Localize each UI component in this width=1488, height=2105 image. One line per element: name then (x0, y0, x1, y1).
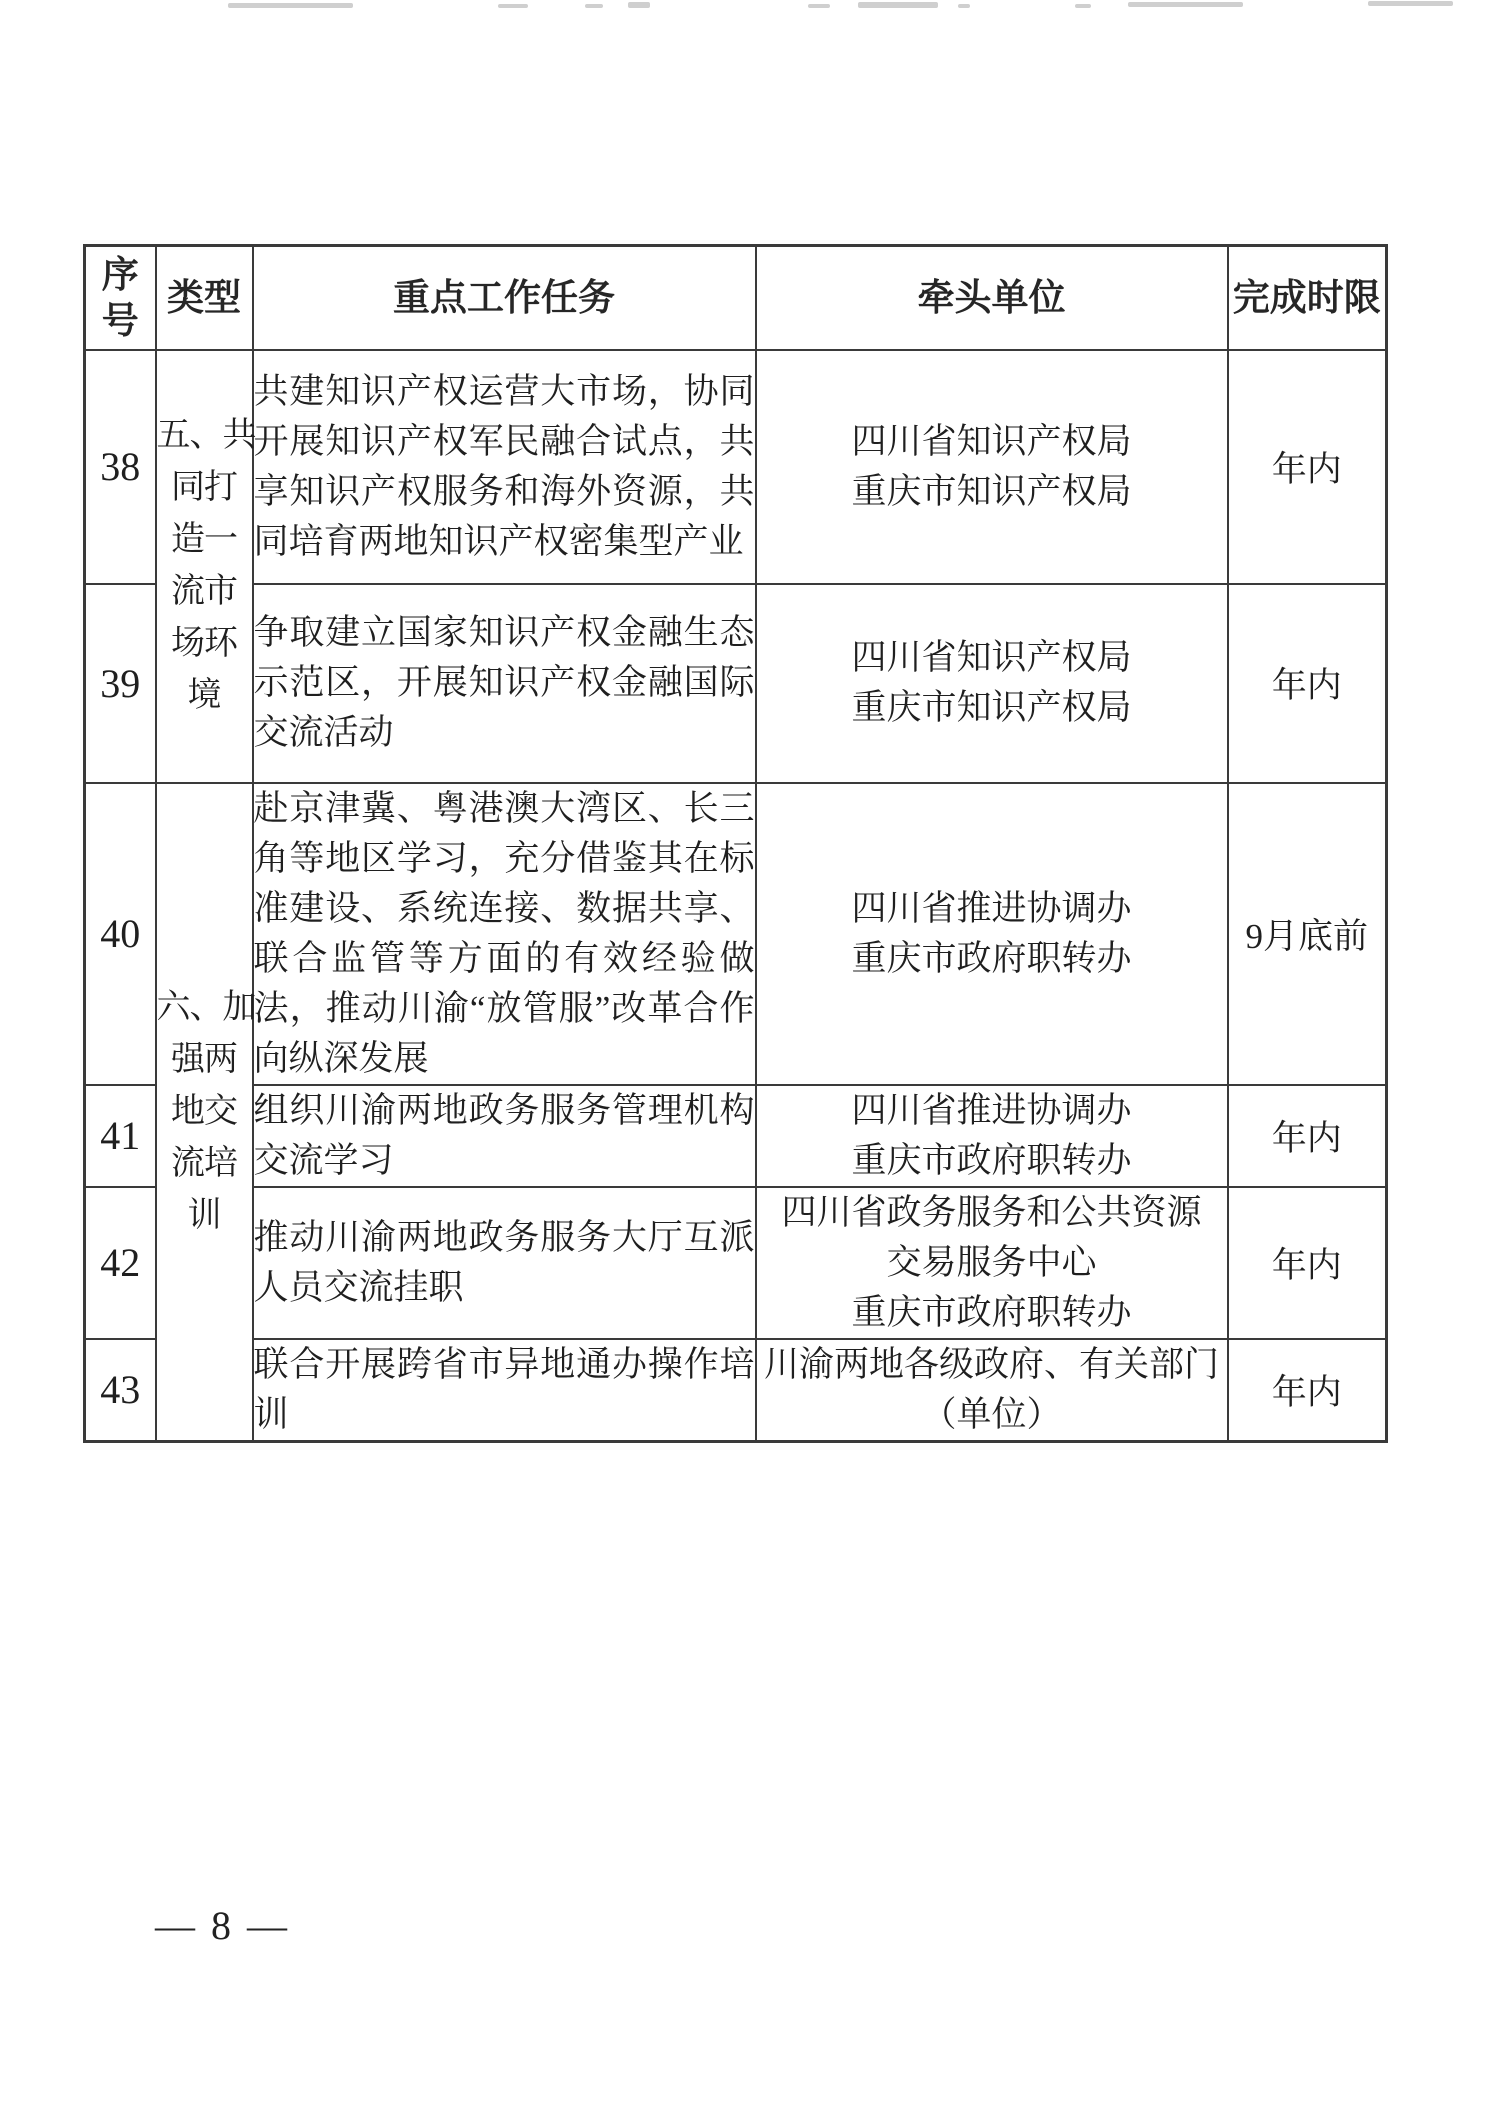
row-41-no: 41 (85, 1085, 156, 1187)
header-lead: 牵头单位 (756, 246, 1228, 350)
row-38-task: 共建知识产权运营大市场，协同开展知识产权军民融合试点，共享知识产权服务和海外资源… (253, 350, 756, 584)
page-number: — 8 — (155, 1902, 290, 1949)
table-row: 40 六、加 强两 地交 流培 训 赴京津冀、粤港澳大湾区、长三角等地区学习，充… (85, 783, 1387, 1085)
scan-noise (0, 0, 1488, 10)
row-41-deadline: 年内 (1228, 1085, 1387, 1187)
row-40-task: 赴京津冀、粤港澳大湾区、长三角等地区学习，充分借鉴其在标准建设、系统连接、数据共… (253, 783, 756, 1085)
row-38-no: 38 (85, 350, 156, 584)
table-row: 41 组织川渝两地政务服务管理机构交流学习 四川省推进协调办 重庆市政府职转办 … (85, 1085, 1387, 1187)
table-header-row: 序 号 类型 重点工作任务 牵头单位 完成时限 (85, 246, 1387, 350)
row-42-lead: 四川省政务服务和公共资源 交易服务中心 重庆市政府职转办 (756, 1187, 1228, 1339)
table-row: 39 争取建立国家知识产权金融生态示范区，开展知识产权金融国际交流活动 四川省知… (85, 584, 1387, 783)
table-row: 38 五、共 同打 造一 流市 场环 境 共建知识产权运营大市场，协同开展知识产… (85, 350, 1387, 584)
table-row: 42 推动川渝两地政务服务大厅互派人员交流挂职 四川省政务服务和公共资源 交易服… (85, 1187, 1387, 1339)
row-39-no: 39 (85, 584, 156, 783)
row-40-lead: 四川省推进协调办 重庆市政府职转办 (756, 783, 1228, 1085)
row-43-lead: 川渝两地各级政府、有关部门 （单位） (756, 1339, 1228, 1442)
row-39-lead: 四川省知识产权局 重庆市知识产权局 (756, 584, 1228, 783)
row-43-no: 43 (85, 1339, 156, 1442)
row-42-no: 42 (85, 1187, 156, 1339)
table-row: 43 联合开展跨省市异地通办操作培训 川渝两地各级政府、有关部门 （单位） 年内 (85, 1339, 1387, 1442)
header-type: 类型 (156, 246, 253, 350)
row-43-task: 联合开展跨省市异地通办操作培训 (253, 1339, 756, 1442)
type-group-5: 五、共 同打 造一 流市 场环 境 (156, 350, 253, 783)
row-38-deadline: 年内 (1228, 350, 1387, 584)
row-39-deadline: 年内 (1228, 584, 1387, 783)
row-42-deadline: 年内 (1228, 1187, 1387, 1339)
row-41-lead: 四川省推进协调办 重庆市政府职转办 (756, 1085, 1228, 1187)
row-42-task: 推动川渝两地政务服务大厅互派人员交流挂职 (253, 1187, 756, 1339)
row-41-task: 组织川渝两地政务服务管理机构交流学习 (253, 1085, 756, 1187)
type-group-6: 六、加 强两 地交 流培 训 (156, 783, 253, 1442)
row-38-lead: 四川省知识产权局 重庆市知识产权局 (756, 350, 1228, 584)
row-43-deadline: 年内 (1228, 1339, 1387, 1442)
key-tasks-table: 序 号 类型 重点工作任务 牵头单位 完成时限 38 五、共 同打 造一 流市 … (83, 244, 1388, 1443)
header-deadline: 完成时限 (1228, 246, 1387, 350)
row-40-no: 40 (85, 783, 156, 1085)
header-task: 重点工作任务 (253, 246, 756, 350)
row-39-task: 争取建立国家知识产权金融生态示范区，开展知识产权金融国际交流活动 (253, 584, 756, 783)
row-40-deadline: 9月底前 (1228, 783, 1387, 1085)
scanned-document-page: { "page": { "number_label": "— 8 —" }, "… (0, 0, 1488, 2105)
header-no: 序 号 (85, 246, 156, 350)
